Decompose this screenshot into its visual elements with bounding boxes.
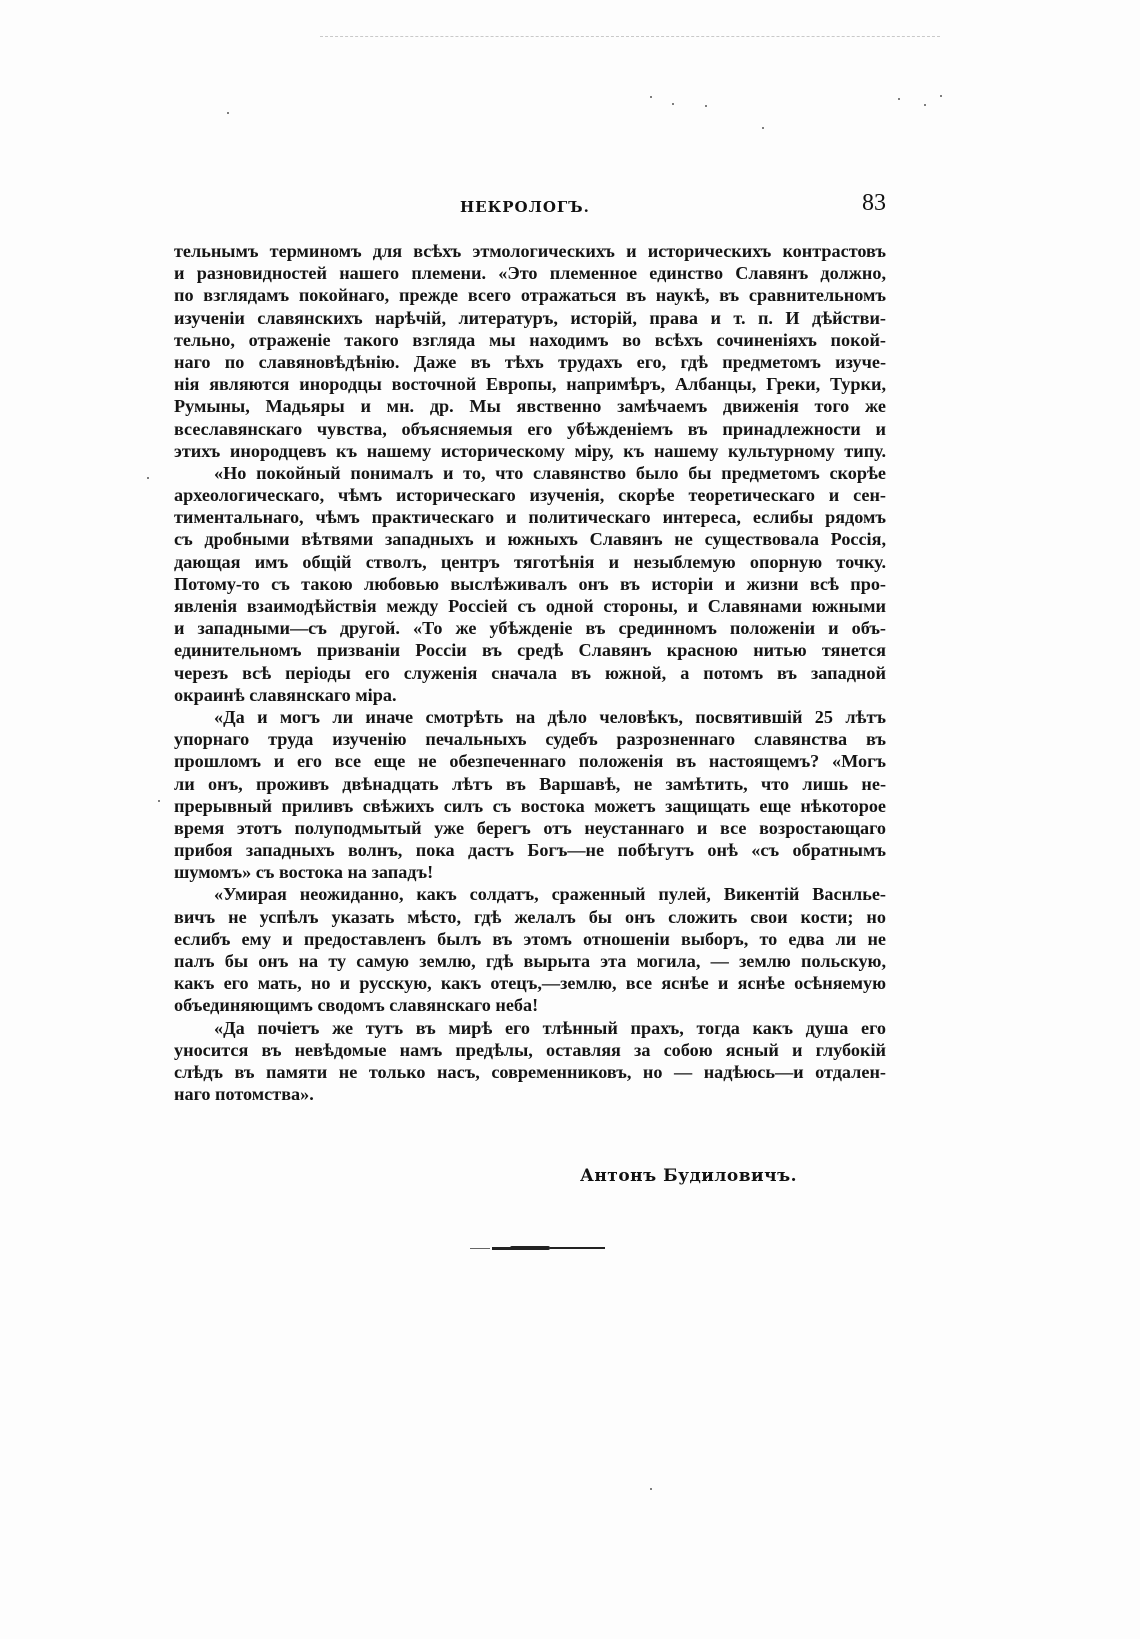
- scanned-page: НЕКРОЛОГЪ. 83 тельнымъ терминомъ для всѣ…: [0, 0, 1140, 1639]
- scan-speck: [158, 800, 160, 802]
- text-line: и западными—съ другой. «То же убѣжденіе …: [174, 617, 886, 639]
- text-line: тельно, отраженіе такого взгляда мы нахо…: [174, 329, 886, 351]
- paragraph-3: «Да и могъ ли иначе смотрѣть на дѣло чел…: [174, 706, 886, 884]
- paragraph-5: «Да почіетъ же тутъ въ мирѣ его тлѣнный …: [174, 1017, 886, 1106]
- scan-speck: [227, 112, 229, 114]
- text-line: время этотъ полуподмытый уже берегъ отъ …: [174, 817, 886, 839]
- scan-speck: [898, 98, 900, 100]
- scan-speck: [650, 1488, 652, 1490]
- scan-speck: [672, 103, 674, 105]
- author-signature: Антонъ Будиловичъ.: [580, 1166, 797, 1186]
- text-line: «Но покойный понималъ и то, что славянст…: [174, 462, 886, 484]
- text-line: всеславянскаго чувства, объясняемыя его …: [174, 418, 886, 440]
- text-line: наго по славяновѣдѣнію. Даже въ тѣхъ тру…: [174, 351, 886, 373]
- running-title: НЕКРОЛОГЪ.: [460, 198, 590, 216]
- paragraph-4: «Умирая неожиданно, какъ солдатъ, сражен…: [174, 883, 886, 1016]
- text-line: дающая имъ общій стволъ, центръ тяготѣні…: [174, 551, 886, 573]
- text-line: еслибъ ему и предоставленъ былъ въ этомъ…: [174, 928, 886, 950]
- text-line: слѣдъ въ памяти не только насъ, современ…: [174, 1061, 886, 1083]
- text-line: «Да и могъ ли иначе смотрѣть на дѣло чел…: [174, 706, 886, 728]
- text-line: Потому-то съ такою любовью выслѣживалъ о…: [174, 573, 886, 595]
- text-line: объединяющимъ сводомъ славянскаго неба!: [174, 994, 886, 1016]
- end-ornament-icon: [470, 1245, 605, 1251]
- text-line: прибоя западныхъ волнъ, пока дастъ Богъ—…: [174, 839, 886, 861]
- text-line: упорнаго труда изученію печальныхъ судеб…: [174, 728, 886, 750]
- text-line: прошломъ и его все еще не обезпеченнаго …: [174, 750, 886, 772]
- text-line: черезъ всѣ періоды его служенія сначала …: [174, 662, 886, 684]
- text-line: тельнымъ терминомъ для всѣхъ этмологичес…: [174, 240, 886, 262]
- page-header: НЕКРОЛОГЪ. 83: [174, 192, 886, 222]
- scan-border-line: [320, 36, 940, 37]
- text-line: уносится въ невѣдомые намъ предѣлы, оста…: [174, 1039, 886, 1061]
- text-line: ли онъ, проживъ двѣнадцать лѣтъ въ Варша…: [174, 773, 886, 795]
- scan-speck: [924, 104, 926, 106]
- text-line: Румыны, Мадьяры и мн. др. Мы явственно з…: [174, 395, 886, 417]
- text-line: шумомъ» съ востока на западъ!: [174, 861, 886, 883]
- text-line: окраинѣ славянскаго міра.: [174, 684, 886, 706]
- text-line: нія являются инородцы восточной Европы, …: [174, 373, 886, 395]
- text-line: какъ его мать, но и русскую, какъ отецъ,…: [174, 972, 886, 994]
- scan-speck: [147, 477, 149, 479]
- text-line: археологическаго, чѣмъ историческаго изу…: [174, 484, 886, 506]
- text-line: изученіи славянскихъ нарѣчій, литературъ…: [174, 307, 886, 329]
- text-line: палъ бы онъ на ту самую землю, гдѣ вырыт…: [174, 950, 886, 972]
- scan-speck: [650, 96, 652, 98]
- text-line: вичъ не успѣлъ указать мѣсто, гдѣ желалъ…: [174, 906, 886, 928]
- scan-speck: [762, 127, 764, 129]
- text-line: и разновидностей нашего племени. «Это пл…: [174, 262, 886, 284]
- text-line: тиментальнаго, чѣмъ практическаго и поли…: [174, 506, 886, 528]
- paragraph-1: тельнымъ терминомъ для всѣхъ этмологичес…: [174, 240, 886, 462]
- paragraph-2: «Но покойный понималъ и то, что славянст…: [174, 462, 886, 706]
- text-line: съ дробными вѣтвями западныхъ и южныхъ С…: [174, 528, 886, 550]
- text-line: по взглядамъ покойнаго, прежде всего отр…: [174, 284, 886, 306]
- text-line: этихъ инородцевъ къ нашему историческому…: [174, 440, 886, 462]
- scan-speck: [940, 95, 942, 97]
- text-line: наго потомства».: [174, 1083, 886, 1105]
- text-line: явленія взаимодѣйствія между Россіей съ …: [174, 595, 886, 617]
- article-body: тельнымъ терминомъ для всѣхъ этмологичес…: [174, 240, 886, 1105]
- text-line: «Да почіетъ же тутъ въ мирѣ его тлѣнный …: [174, 1017, 886, 1039]
- page-number: 83: [862, 190, 886, 217]
- text-line: «Умирая неожиданно, какъ солдатъ, сражен…: [174, 883, 886, 905]
- text-line: единительномъ призваніи Россіи въ средѣ …: [174, 639, 886, 661]
- text-line: прерывный приливъ свѣжихъ силъ съ восток…: [174, 795, 886, 817]
- scan-speck: [705, 105, 707, 107]
